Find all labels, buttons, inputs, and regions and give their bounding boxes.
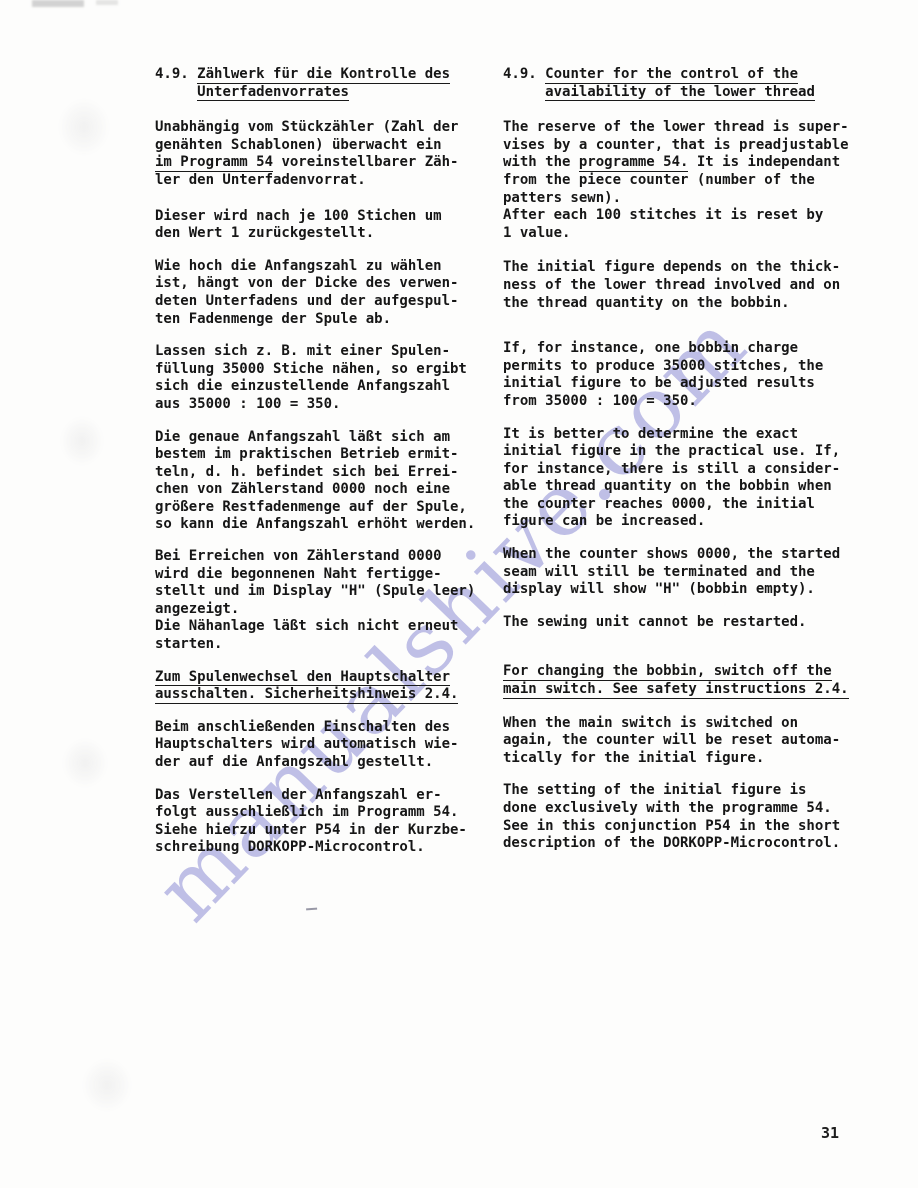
text-line: ist, hängt von der Dicke des verwen- <box>155 275 489 293</box>
text-line: Siehe hierzu unter P54 in der Kurzbe- <box>155 822 489 840</box>
text-line: Zum Spulenwechsel den Hauptschalter <box>155 669 489 687</box>
text-line: Wie hoch die Anfangszahl zu wählen <box>155 258 489 276</box>
text-line: initial figure to be adjusted results <box>503 375 863 393</box>
text-line: tically for the initial figure. <box>503 750 863 768</box>
paragraph: If, for instance, one bobbin chargepermi… <box>503 340 863 410</box>
scan-artifact-top-bar-2 <box>96 0 118 5</box>
paragraph: Unabhängig vom Stückzähler (Zahl dergenä… <box>155 119 489 189</box>
text-line: folgt ausschließlich im Programm 54. <box>155 804 489 822</box>
text-line: der auf die Anfangszahl gestellt. <box>155 754 489 772</box>
scanned-manual-page: manualshive.com 4.9. Zählwerk für die Ko… <box>0 0 918 1188</box>
text-line: Dieser wird nach je 100 Stichen um <box>155 208 489 226</box>
paragraph: Wie hoch die Anfangszahl zu wählenist, h… <box>155 258 489 328</box>
text-line: sich die einzustellende Anfangszahl <box>155 378 489 396</box>
paragraph: The setting of the initial figure isdone… <box>503 782 863 852</box>
text-line: The setting of the initial figure is <box>503 782 863 800</box>
text-line: aus 35000 : 100 = 350. <box>155 396 489 414</box>
text-line: permits to produce 35000 stitches, the <box>503 358 863 376</box>
text-line: patters sewn). <box>503 190 863 208</box>
text-line: Lassen sich z. B. mit einer Spulen- <box>155 343 489 361</box>
text-line: It is better to determine the exact <box>503 426 863 444</box>
text-line: main switch. See safety instructions 2.4… <box>503 681 863 699</box>
section-heading: 4.9. Counter for the control of the avai… <box>503 66 863 101</box>
text-line: im Programm 54 voreinstellbarer Zäh- <box>155 154 489 172</box>
scan-smudge <box>60 416 104 466</box>
text-line: ten Fadenmenge der Spule ab. <box>155 311 489 329</box>
text-line: 4.9. Zählwerk für die Kontrolle des <box>155 66 489 84</box>
text-line: füllung 35000 Stiche nähen, so ergibt <box>155 361 489 379</box>
text-line: description of the DORKOPP-Microcontrol. <box>503 835 863 853</box>
text-line: bestem im praktischen Betrieb ermit- <box>155 446 489 464</box>
text-line: the counter reaches 0000, the initial <box>503 496 863 514</box>
text-line: wird die begonnenen Naht fertigge- <box>155 566 489 584</box>
text-line: initial figure in the practical use. If, <box>503 443 863 461</box>
text-line: 4.9. Counter for the control of the <box>503 66 863 84</box>
paragraph: Lassen sich z. B. mit einer Spulen-füllu… <box>155 343 489 413</box>
text-line: for instance, there is still a consider- <box>503 461 863 479</box>
english-text-column: 4.9. Counter for the control of the avai… <box>503 66 863 853</box>
text-line: teln, d. h. befindet sich bei Errei- <box>155 464 489 482</box>
text-line: 1 value. <box>503 225 863 243</box>
text-line: availability of the lower thread <box>503 84 863 102</box>
text-line: den Wert 1 zurückgestellt. <box>155 225 489 243</box>
text-line: Die Nähanlage läßt sich nicht erneut <box>155 618 489 636</box>
paragraph: The reserve of the lower thread is super… <box>503 119 863 242</box>
text-line: done exclusively with the programme 54. <box>503 800 863 818</box>
paragraph: Beim anschließenden Einschalten desHaupt… <box>155 719 489 772</box>
warning-paragraph: Zum Spulenwechsel den Hauptschalteraussc… <box>155 669 489 704</box>
scan-speck <box>306 905 317 911</box>
text-line: deten Unterfadens und der aufgespul- <box>155 293 489 311</box>
text-line: starten. <box>155 636 489 654</box>
text-line: Beim anschließenden Einschalten des <box>155 719 489 737</box>
text-line: For changing the bobbin, switch off the <box>503 663 863 681</box>
text-line: When the main switch is switched on <box>503 715 863 733</box>
text-line: seam will still be terminated and the <box>503 564 863 582</box>
text-line: figure can be increased. <box>503 513 863 531</box>
text-line: with the programme 54. It is independant <box>503 154 863 172</box>
scan-artifact-top-bar <box>32 0 84 7</box>
text-line: display will show "H" (bobbin empty). <box>503 581 863 599</box>
scan-smudge <box>62 738 108 788</box>
paragraph: Bei Erreichen von Zählerstand 0000wird d… <box>155 548 489 654</box>
text-line: The reserve of the lower thread is super… <box>503 119 863 137</box>
text-line: ler den Unterfadenvorrat. <box>155 172 489 190</box>
text-line: größere Restfadenmenge auf der Spule, <box>155 499 489 517</box>
text-line: ausschalten. Sicherheitshinweis 2.4. <box>155 686 489 704</box>
text-line: Unterfadenvorrates <box>155 84 489 102</box>
text-line: vises by a counter, that is preadjustabl… <box>503 137 863 155</box>
text-line: When the counter shows 0000, the started <box>503 546 863 564</box>
text-line: again, the counter will be reset automa- <box>503 732 863 750</box>
paragraph: Das Verstellen der Anfangszahl er-folgt … <box>155 787 489 857</box>
paragraph: Die genaue Anfangszahl läßt sich ambeste… <box>155 429 489 535</box>
text-line: stellt und im Display "H" (Spule leer) <box>155 583 489 601</box>
text-line: ness of the lower thread involved and on <box>503 277 863 295</box>
paragraph: When the main switch is switched onagain… <box>503 715 863 768</box>
text-line: Hauptschalters wird automatisch wie- <box>155 736 489 754</box>
text-line: If, for instance, one bobbin charge <box>503 340 863 358</box>
paragraph: It is better to determine the exactiniti… <box>503 426 863 532</box>
text-line: Bei Erreichen von Zählerstand 0000 <box>155 548 489 566</box>
text-line: chen von Zählerstand 0000 noch eine <box>155 481 489 499</box>
section-heading: 4.9. Zählwerk für die Kontrolle des Unte… <box>155 66 489 101</box>
text-line: so kann die Anfangszahl erhöht werden. <box>155 516 489 534</box>
scan-smudge <box>58 98 110 156</box>
text-line: genähten Schablonen) überwacht ein <box>155 137 489 155</box>
text-line: schreibung DORKOPP-Microcontrol. <box>155 839 489 857</box>
paragraph: The sewing unit cannot be restarted. <box>503 614 863 632</box>
paragraph: When the counter shows 0000, the started… <box>503 546 863 599</box>
text-line: able thread quantity on the bobbin when <box>503 478 863 496</box>
paragraph: The initial figure depends on the thick-… <box>503 259 863 312</box>
paragraph: Dieser wird nach je 100 Stichen umden We… <box>155 208 489 243</box>
text-line: Das Verstellen der Anfangszahl er- <box>155 787 489 805</box>
page-number: 31 <box>821 1124 839 1142</box>
text-line: See in this conjunction P54 in the short <box>503 818 863 836</box>
scan-smudge <box>82 1058 132 1112</box>
text-line: The sewing unit cannot be restarted. <box>503 614 863 632</box>
text-line: The initial figure depends on the thick- <box>503 259 863 277</box>
text-line: After each 100 stitches it is reset by <box>503 207 863 225</box>
text-line: Unabhängig vom Stückzähler (Zahl der <box>155 119 489 137</box>
text-line: the thread quantity on the bobbin. <box>503 295 863 313</box>
text-line: from the piece counter (number of the <box>503 172 863 190</box>
text-line: Die genaue Anfangszahl läßt sich am <box>155 429 489 447</box>
text-line: from 35000 : 100 = 350. <box>503 393 863 411</box>
german-text-column: 4.9. Zählwerk für die Kontrolle des Unte… <box>155 66 489 857</box>
warning-paragraph: For changing the bobbin, switch off them… <box>503 663 863 698</box>
text-line: angezeigt. <box>155 601 489 619</box>
